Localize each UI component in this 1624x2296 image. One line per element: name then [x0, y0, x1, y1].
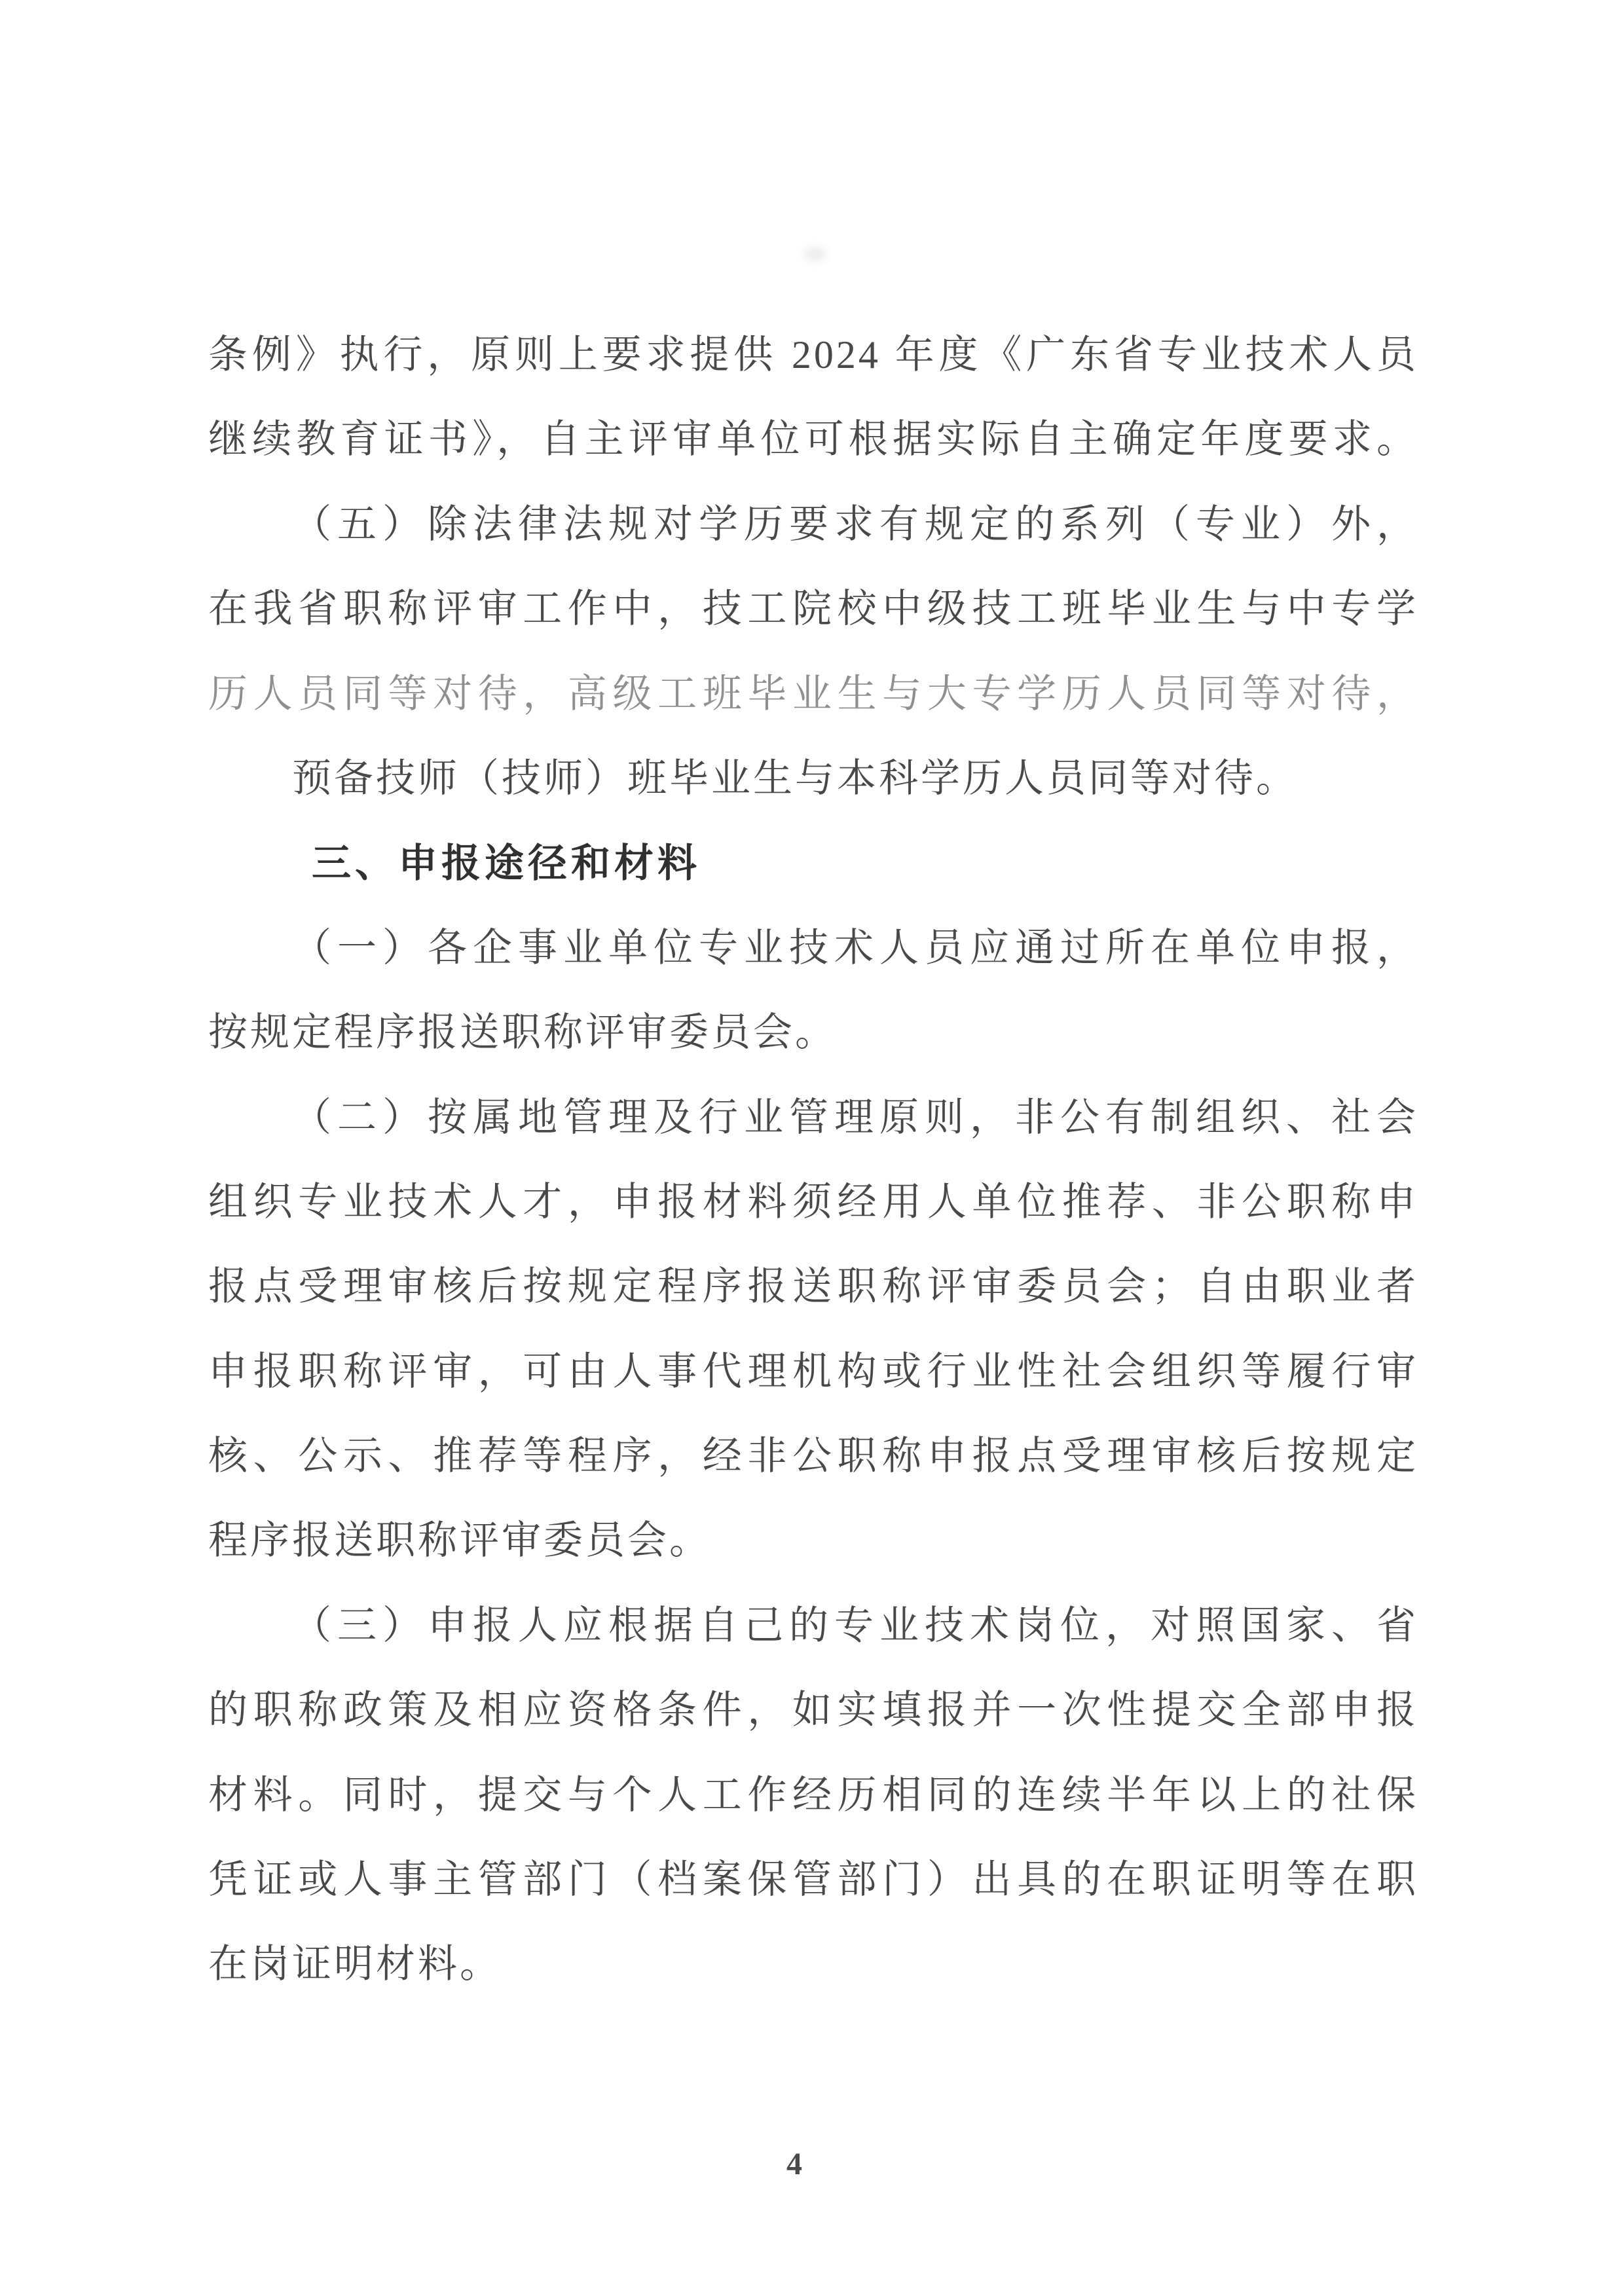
text-line: （三）申报人应根据自己的专业技术岗位，对照国家、省	[208, 1584, 1418, 1668]
text-line: 预备技师（技师）班毕业生与本科学历人员同等对待。	[208, 737, 1418, 821]
text-line: 组织专业技术人才，申报材料须经用人单位推荐、非公职称申	[208, 1160, 1418, 1245]
scan-smudge	[804, 247, 826, 261]
text-line: 按规定程序报送职称评审委员会。	[208, 991, 1418, 1075]
scanned-document-page: { "page": { "number": "4" }, "doc": { "h…	[0, 0, 1624, 2296]
text-line: 历人员同等对待，高级工班毕业生与大专学历人员同等对待，	[208, 652, 1418, 737]
document-body-text: 条例》执行，原则上要求提供 2024 年度《广东省专业技术人员 继续教育证书》，…	[208, 313, 1418, 2007]
text-line: 的职称政策及相应资格条件，如实填报并一次性提交全部申报	[208, 1668, 1418, 1753]
text-line: 条例》执行，原则上要求提供 2024 年度《广东省专业技术人员	[208, 313, 1418, 397]
text-line: （一）各企事业单位专业技术人员应通过所在单位申报，	[208, 906, 1418, 991]
text-line: （五）除法律法规对学历要求有规定的系列（专业）外，	[208, 483, 1418, 567]
text-line: 在岗证明材料。	[208, 1922, 1418, 2007]
text-line: 凭证或人事主管部门（档案保管部门）出具的在职证明等在职	[208, 1838, 1418, 1922]
text-line: 程序报送职称评审委员会。	[208, 1499, 1418, 1583]
section-heading: 三、申报途径和材料	[208, 821, 1418, 905]
page-footer: 4	[0, 2146, 1624, 2182]
text-line: 报点受理审核后按规定程序报送职称评审委员会；自由职业者	[208, 1245, 1418, 1329]
text-line: 在我省职称评审工作中，技工院校中级技工班毕业生与中专学	[208, 567, 1418, 651]
page-number: 4	[786, 2146, 802, 2182]
text-line: 继续教育证书》，自主评审单位可根据实际自主确定年度要求。	[208, 397, 1418, 482]
text-line: 申报职称评审，可由人事代理机构或行业性社会组织等履行审	[208, 1330, 1418, 1414]
text-line: 核、公示、推荐等程序，经非公职称申报点受理审核后按规定	[208, 1414, 1418, 1499]
text-line: 材料。同时，提交与个人工作经历相同的连续半年以上的社保	[208, 1753, 1418, 1838]
text-line: （二）按属地管理及行业管理原则，非公有制组织、社会	[208, 1076, 1418, 1160]
